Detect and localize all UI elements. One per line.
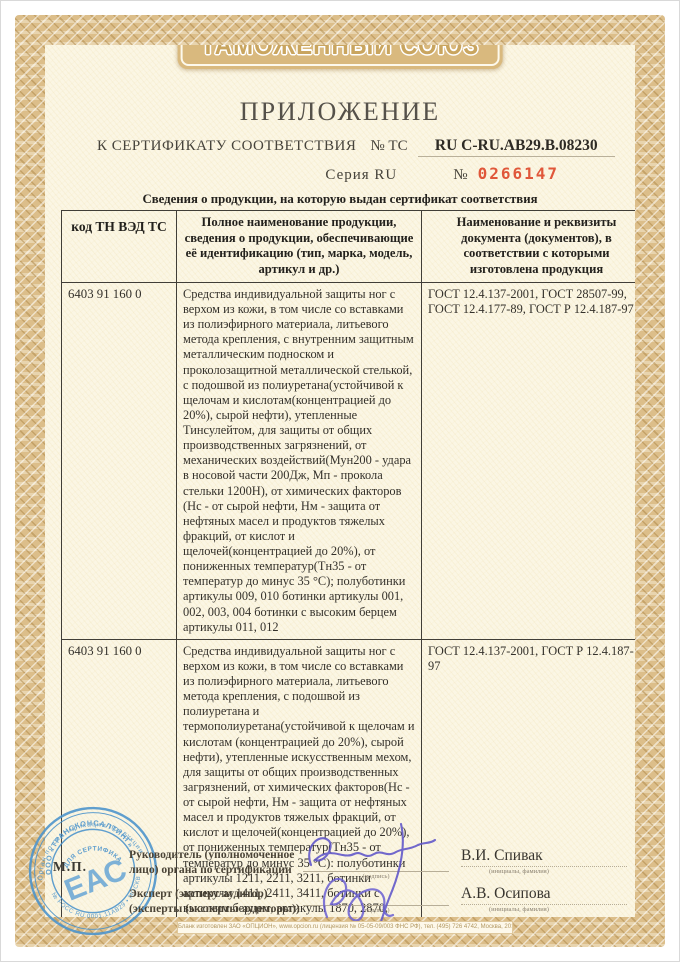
certificate-body: ТАМОЖЕННЫЙ СОЮЗ ПРИЛОЖЕНИЕ К СЕРТИФИКАТУ… [45, 45, 635, 917]
series-number-sign: № [453, 167, 467, 184]
certificate-number-line: К СЕРТИФИКАТУ СООТВЕТСТВИЯ № ТС RU C-RU.… [97, 137, 615, 157]
row2-documents: ГОСТ 12.4.137-2001, ГОСТ Р 12.4.187-97 [422, 639, 636, 917]
name-field-head: В.И. Спивак (инициалы, фамилия) [461, 847, 627, 875]
form-printer-imprint: Бланк изготовлен ЗАО «ОПЦИОН», www.opcio… [177, 921, 513, 934]
name-field-expert: А.В. Осипова (инициалы, фамилия) [461, 885, 627, 913]
signature-line [303, 850, 449, 872]
page-title: ПРИЛОЖЕНИЕ [61, 97, 619, 127]
role-head-label: Руководитель (уполномоченное лицо) орган… [129, 847, 305, 878]
table-header-row: код ТН ВЭД ТС Полное наименование продук… [62, 211, 636, 283]
role-expert-label: Эксперт (эксперт-аудитор) (эксперты (экс… [129, 886, 305, 917]
header-code: код ТН ВЭД ТС [62, 211, 177, 283]
banner-text: ТАМОЖЕННЫЙ СОЮЗ [201, 45, 480, 62]
signature-line [303, 884, 449, 906]
certificate-sheet: ТАМОЖЕННЫЙ СОЮЗ ПРИЛОЖЕНИЕ К СЕРТИФИКАТУ… [0, 0, 680, 962]
table-caption: Сведения о продукции, на которую выдан с… [61, 192, 619, 207]
name-caption: (инициалы, фамилия) [461, 867, 627, 875]
customs-union-banner: ТАМОЖЕННЫЙ СОЮЗ [178, 45, 503, 69]
series-label: Серия RU [325, 167, 397, 184]
expert-name: А.В. Осипова [461, 885, 627, 905]
mp-seal-mark: М.П. [53, 859, 87, 875]
signature-field-head: (подпись) [303, 850, 449, 880]
row1-documents: ГОСТ 12.4.137-2001, ГОСТ 28507-99, ГОСТ … [422, 282, 636, 639]
serial-number: 0266147 [478, 164, 559, 183]
table-row: 6403 91 160 0 Средства индивидуальной за… [62, 282, 636, 639]
certificate-number-value: RU C-RU.АВ29.В.08230 [418, 137, 615, 157]
banner-frame: ТАМОЖЕННЫЙ СОЮЗ [181, 45, 500, 66]
certificate-line-label: К СЕРТИФИКАТУ СООТВЕТСТВИЯ [97, 138, 356, 155]
certificate-number-label: № ТС [370, 138, 407, 155]
header-product: Полное наименование продукции, сведения … [177, 211, 422, 283]
signature-caption: (подпись) [303, 906, 449, 914]
signature-field-expert: (подпись) [303, 884, 449, 914]
series-line: Серия RU № 0266147 [61, 164, 559, 184]
signature-caption: (подпись) [303, 872, 449, 880]
row1-code: 6403 91 160 0 [62, 282, 177, 639]
row1-description: Средства индивидуальной защиты ног с вер… [177, 282, 422, 639]
name-caption: (инициалы, фамилия) [461, 905, 627, 913]
header-documents: Наименование и реквизиты документа (доку… [422, 211, 636, 283]
head-name: В.И. Спивак [461, 847, 627, 867]
